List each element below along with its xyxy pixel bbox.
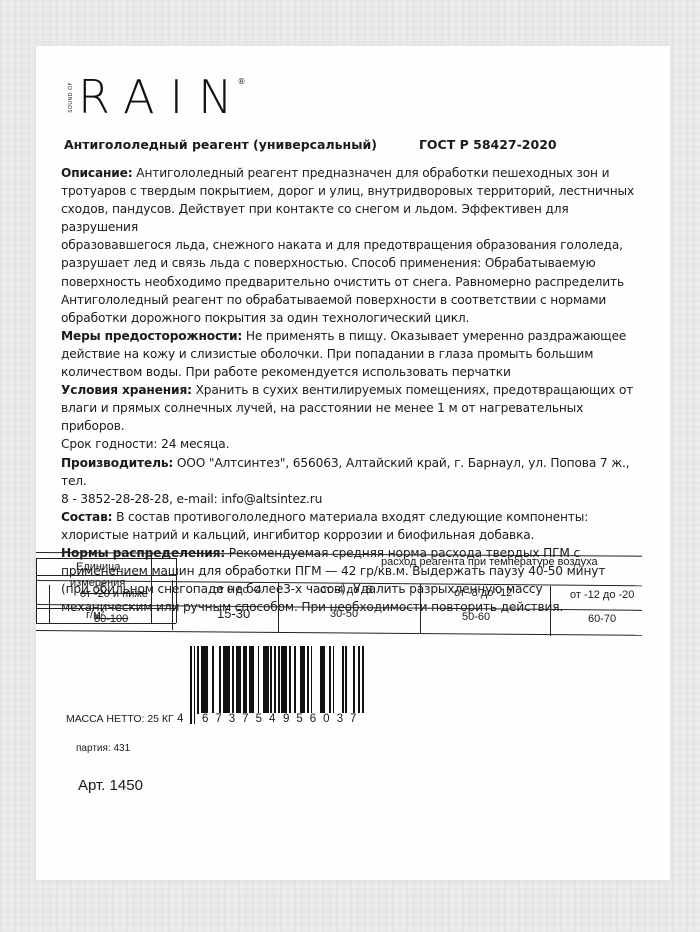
section-label: Меры предосторожности: [61, 329, 242, 343]
brand-prefix: SOUND OF [68, 82, 74, 113]
brand-logo: SOUND OF RAIN ® [68, 71, 246, 123]
article-number: Арт. 1450 [78, 777, 143, 794]
product-title-row: Антигололедный реагент (универсальный) Г… [64, 137, 557, 152]
range-col-2: от -4 до -8 [320, 584, 372, 596]
product-label: SOUND OF RAIN ® Антигололедный реагент (… [36, 46, 670, 880]
barcode-bars [190, 646, 365, 720]
value-col-2: 30-50 [330, 608, 358, 620]
section-label: Производитель: [61, 456, 173, 470]
value-col-3: 50-60 [462, 611, 490, 623]
product-title: Антигололедный реагент (универсальный) [64, 137, 377, 152]
section-description: Описание: Антигололедный реагент предназ… [61, 164, 641, 327]
section-label: Состав: [61, 510, 112, 524]
brand-name: RAIN [78, 74, 248, 120]
overprint-value: 80-100 [94, 613, 128, 625]
product-standard: ГОСТ Р 58427-2020 [419, 137, 557, 152]
range-col-3: от -8 до -12 [454, 587, 512, 599]
barcode-first-digit: 4 [177, 713, 183, 725]
unit-header-line1: Единица [76, 561, 121, 573]
batch-number: партия: 431 [76, 743, 130, 754]
barcode-left-group: 673754 [201, 713, 283, 725]
section-label: Условия хранения: [61, 383, 192, 397]
value-col-1: 15-30 [217, 606, 250, 621]
section-precautions: Меры предосторожности: Не применять в пи… [61, 327, 641, 381]
barcode-right-group: 956037 [282, 713, 364, 725]
value-col-4: 60-70 [588, 613, 616, 625]
consumption-table: Единица измерения от -20 и ниже г/м² 80-… [36, 544, 670, 634]
ean13-barcode: 673754 956037 [190, 646, 365, 726]
range-col-4: от -12 до -20 [570, 589, 634, 601]
section-label: Описание: [61, 166, 133, 180]
group-header: расход реагента при температуре воздуха [381, 556, 598, 568]
shelf-life: Срок годности: 24 месяца. [61, 435, 641, 453]
section-storage: Условия хранения: Хранить в сухих вентил… [61, 381, 641, 435]
section-composition: Состав: В состав противогололедного мате… [61, 508, 641, 544]
range-col-1: от 0 до -4 [213, 584, 262, 596]
section-manufacturer: Производитель: ООО "Алтсинтез", 656063, … [61, 454, 641, 508]
overprint-range: от -20 и ниже [80, 588, 148, 600]
net-mass: МАССА НЕТТО: 25 КГ [66, 713, 174, 725]
registered-mark: ® [238, 77, 246, 86]
